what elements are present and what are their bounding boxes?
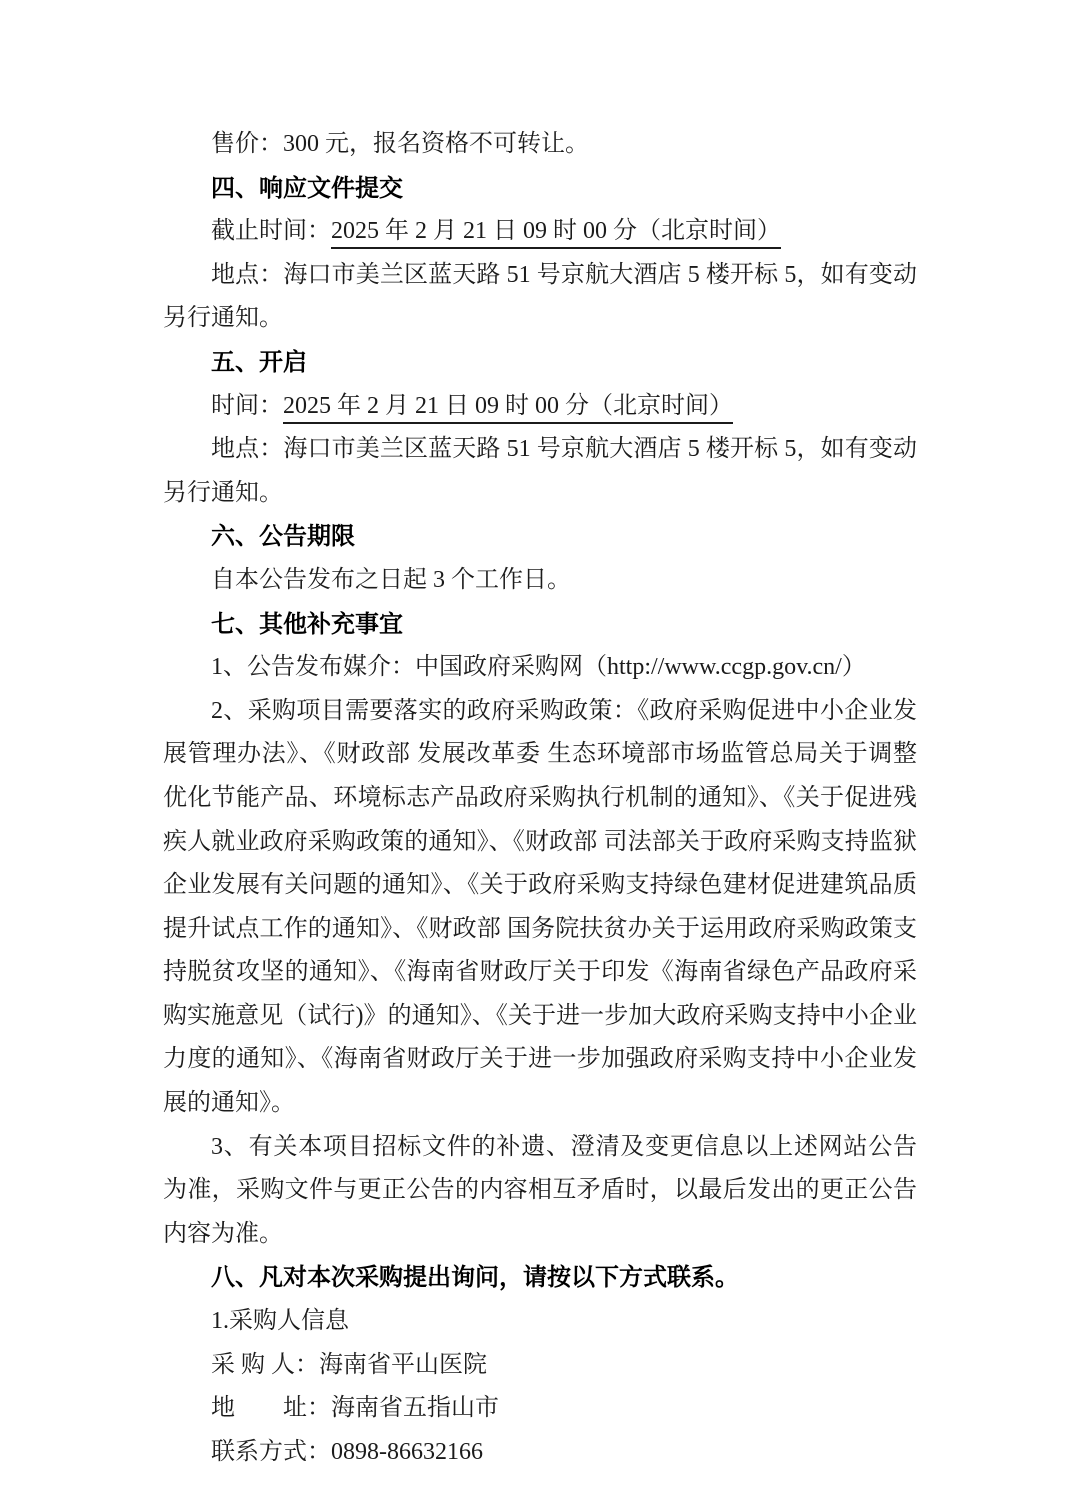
- para-opening-time: 时间：2025 年 2 月 21 日 09 时 00 分（北京时间）: [163, 385, 917, 429]
- para-submission-location-text: 地点：海口市美兰区蓝天路 51 号京航大酒店 5 楼开标 5，如有变动另行通知。: [163, 262, 917, 332]
- para-purchaser-address-text: 地 址：海南省五指山市: [211, 1395, 499, 1421]
- heading-section-five-text: 五、开启: [211, 349, 307, 376]
- para-purchaser-name: 采 购 人：海南省平山医院: [163, 1344, 917, 1388]
- para-opening-location: 地点：海口市美兰区蓝天路 51 号京航大酒店 5 楼开标 5，如有变动另行通知。: [163, 428, 917, 515]
- heading-section-eight-text: 八、凡对本次采购提出询问，请按以下方式联系。: [211, 1264, 739, 1291]
- para-procurement-policies-text: 2、采购项目需要落实的政府采购政策：《政府采购促进中小企业发展管理办法》、《财政…: [163, 698, 917, 1116]
- para-procurement-policies: 2、采购项目需要落实的政府采购政策：《政府采购促进中小企业发展管理办法》、《财政…: [163, 690, 917, 1126]
- heading-section-six: 六、公告期限: [163, 515, 917, 559]
- para-purchaser-address: 地 址：海南省五指山市: [163, 1387, 917, 1431]
- para-purchaser-contact-text: 联系方式：0898-86632166: [211, 1439, 483, 1465]
- heading-section-six-text: 六、公告期限: [211, 523, 355, 550]
- opening-time-datetime: 2025 年 2 月 21 日 09 时 00 分（北京时间）: [283, 393, 733, 424]
- para-correction-notice-text: 3、有关本项目招标文件的补遗、澄清及变更信息以上述网站公告为准，采购文件与更正公…: [163, 1134, 917, 1247]
- document-page: 售价：300 元，报名资格不可转让。 四、响应文件提交 截止时间：2025 年 …: [0, 0, 1080, 1508]
- para-submission-deadline: 截止时间：2025 年 2 月 21 日 09 时 00 分（北京时间）: [163, 210, 917, 254]
- para-correction-notice: 3、有关本项目招标文件的补遗、澄清及变更信息以上述网站公告为准，采购文件与更正公…: [163, 1126, 917, 1257]
- heading-section-four-text: 四、响应文件提交: [211, 175, 403, 202]
- para-announcement-period-text: 自本公告发布之日起 3 个工作日。: [211, 567, 571, 593]
- para-publish-media-text: 1、公告发布媒介：中国政府采购网（http://www.ccgp.gov.cn/…: [211, 654, 866, 680]
- heading-section-four: 四、响应文件提交: [163, 167, 917, 211]
- para-sale-price-text: 售价：300 元，报名资格不可转让。: [211, 131, 589, 157]
- para-sale-price: 售价：300 元，报名资格不可转让。: [163, 123, 917, 167]
- para-purchaser-info-title: 1.采购人信息: [163, 1300, 917, 1344]
- para-publish-media: 1、公告发布媒介：中国政府采购网（http://www.ccgp.gov.cn/…: [163, 646, 917, 690]
- heading-section-seven: 七、其他补充事宜: [163, 603, 917, 647]
- heading-section-eight: 八、凡对本次采购提出询问，请按以下方式联系。: [163, 1256, 917, 1300]
- para-submission-location: 地点：海口市美兰区蓝天路 51 号京航大酒店 5 楼开标 5，如有变动另行通知。: [163, 254, 917, 341]
- para-opening-location-text: 地点：海口市美兰区蓝天路 51 号京航大酒店 5 楼开标 5，如有变动另行通知。: [163, 436, 917, 506]
- submission-deadline-datetime: 2025 年 2 月 21 日 09 时 00 分（北京时间）: [331, 218, 781, 249]
- heading-section-five: 五、开启: [163, 341, 917, 385]
- para-purchaser-name-text: 采 购 人：海南省平山医院: [211, 1352, 487, 1378]
- submission-deadline-label: 截止时间：: [211, 218, 331, 244]
- para-announcement-period: 自本公告发布之日起 3 个工作日。: [163, 559, 917, 603]
- opening-time-label: 时间：: [211, 393, 283, 419]
- heading-section-seven-text: 七、其他补充事宜: [211, 611, 403, 638]
- para-purchaser-info-title-text: 1.采购人信息: [211, 1308, 349, 1334]
- para-purchaser-contact: 联系方式：0898-86632166: [163, 1431, 917, 1475]
